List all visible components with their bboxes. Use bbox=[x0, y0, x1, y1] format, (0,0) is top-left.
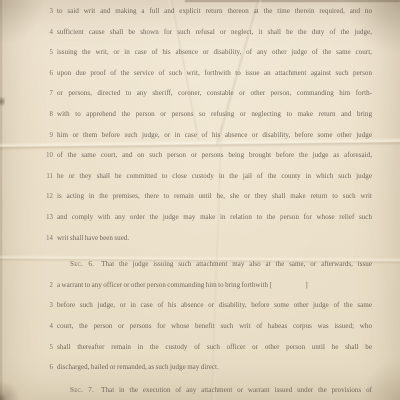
line-text: court, the person or persons for whose b… bbox=[57, 316, 372, 337]
document-line: 3 to said writ and making a full and exp… bbox=[40, 1, 372, 22]
line-number: 3 bbox=[40, 8, 57, 15]
line-text: Sec. 6.That the judge issuing such attac… bbox=[57, 254, 372, 275]
line-number: 6 bbox=[40, 364, 57, 371]
line-text: upon due proof of the service of such wr… bbox=[57, 63, 372, 84]
line-text: a warrant to any officer or other person… bbox=[57, 275, 372, 296]
document-line: 5 shall thereafter remain in the custody… bbox=[40, 337, 372, 358]
line-text: is acting in the premises, there to rema… bbox=[57, 186, 372, 207]
line-number: 10 bbox=[40, 152, 57, 159]
line-text: issuing the writ, or in case of his abse… bbox=[57, 42, 372, 63]
statute-text-block: 3 to said writ and making a full and exp… bbox=[40, 1, 372, 400]
line-text: or persons, directed to any sheriff, cor… bbox=[57, 83, 372, 104]
document-line: 3 before such judge, or in case of his a… bbox=[40, 295, 372, 316]
document-line: 6 upon due proof of the service of such … bbox=[40, 63, 372, 84]
section-7-first-line: That in the execution of any attachment … bbox=[101, 386, 372, 394]
line-number: 2 bbox=[40, 282, 57, 289]
section-6-label: Sec. 6. bbox=[70, 260, 94, 268]
line-number: 13 bbox=[40, 214, 57, 221]
document-line: 10 of the same court, and on such person… bbox=[40, 145, 372, 166]
line-number: 9 bbox=[40, 132, 57, 139]
line-text: he or they shall be committed to close c… bbox=[57, 166, 372, 187]
paper-left-edge-shadow bbox=[0, 0, 2, 400]
line-text: of the same court, and on such person or… bbox=[57, 145, 372, 166]
document-line: 2 a warrant to any officer or other pers… bbox=[40, 275, 372, 296]
line-number: 6 bbox=[40, 70, 57, 77]
line-number: 5 bbox=[40, 49, 57, 56]
document-line: 7 or persons, directed to any sheriff, c… bbox=[40, 83, 372, 104]
line-number: 3 bbox=[40, 302, 57, 309]
line-number: 5 bbox=[40, 344, 57, 351]
line-number: 11 bbox=[40, 173, 57, 180]
line-text: sufficient cause shall be shown for such… bbox=[57, 22, 372, 43]
line-number: 4 bbox=[40, 29, 57, 36]
section-6-heading-line: Sec. 6.That the judge issuing such attac… bbox=[40, 254, 372, 275]
line-number: 12 bbox=[40, 193, 57, 200]
document-line: 14 writ shall have been sued. bbox=[40, 228, 372, 249]
document-line: 9 him or them before such judge, or in c… bbox=[40, 125, 372, 146]
paper-edge-nick bbox=[0, 95, 5, 108]
document-line: 8 with to apprehend the person or person… bbox=[40, 104, 372, 125]
line-number: 7 bbox=[40, 90, 57, 97]
section-6-first-line: That the judge issuing such attachment m… bbox=[101, 260, 372, 268]
line-number: 14 bbox=[40, 235, 57, 242]
scanned-document-page: 3 to said writ and making a full and exp… bbox=[0, 0, 400, 400]
document-line: 12 is acting in the premises, there to r… bbox=[40, 186, 372, 207]
document-line: 6 discharged, bailed or remanded, as suc… bbox=[40, 357, 372, 378]
line-number: 4 bbox=[40, 323, 57, 330]
section-7-label: Sec. 7. bbox=[70, 386, 94, 394]
section-7-heading-line: Sec. 7.That in the execution of any atta… bbox=[40, 380, 372, 400]
line-text: and comply with any order the judge may … bbox=[57, 207, 372, 228]
document-line: 4 court, the person or persons for whose… bbox=[40, 316, 372, 337]
line-text: to said writ and making a full and expli… bbox=[57, 1, 372, 22]
line-text: with to apprehend the person or persons … bbox=[57, 104, 372, 125]
line-text: discharged, bailed or remanded, as such … bbox=[57, 357, 372, 378]
line-text: him or them before such judge, or in cas… bbox=[57, 125, 372, 146]
document-line: 11 he or they shall be committed to clos… bbox=[40, 166, 372, 187]
document-line: 5 issuing the writ, or in case of his ab… bbox=[40, 42, 372, 63]
line-number: 8 bbox=[40, 111, 57, 118]
line-text: Sec. 7.That in the execution of any atta… bbox=[57, 380, 372, 400]
line-text: shall thereafter remain in the custody o… bbox=[57, 337, 372, 358]
document-line: 13 and comply with any order the judge m… bbox=[40, 207, 372, 228]
document-line: 4 sufficient cause shall be shown for su… bbox=[40, 22, 372, 43]
line-text: writ shall have been sued. bbox=[57, 228, 372, 249]
line-text: before such judge, or in case of his abs… bbox=[57, 295, 372, 316]
